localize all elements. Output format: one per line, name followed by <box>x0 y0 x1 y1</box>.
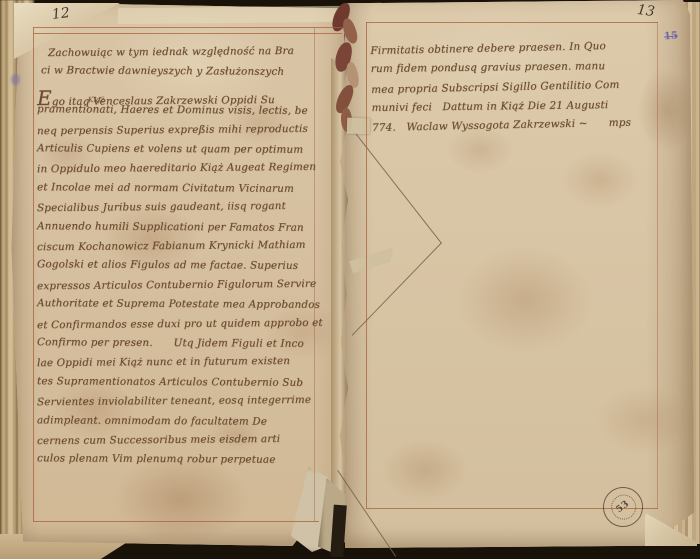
interlinear-insertion: Kiąż <box>88 95 105 105</box>
manuscript-line: Zachowuiąc w tym iednak względność na Br… <box>37 45 294 59</box>
left-page-text: Zachowuiąc w tym iednak względność na Br… <box>37 0 333 559</box>
manuscript-line: lae Oppidi mei Kiąż nunc et in futurum e… <box>37 355 290 369</box>
manuscript-line: adimpleant. omnimodam do facultatem De <box>37 414 267 427</box>
manuscript-line: Servientes inviolabiliter teneant, eosq … <box>37 394 311 408</box>
manuscript-line: rum fidem pondusq gravius praesen. manu <box>371 60 606 75</box>
manuscript-scan: Zachowuiąc w tym iednak względność na Br… <box>0 0 700 559</box>
manuscript-line: tes Supramentionatos Articulos Contubern… <box>37 375 303 389</box>
right-page-text: Firmitatis obtinere debere praesen. In Q… <box>369 0 660 163</box>
manuscript-line: Confirmo per presen. Utq Jidem Figuli et… <box>37 336 304 350</box>
manuscript-line: Annuendo humili Supplicationi per Famato… <box>37 220 304 234</box>
pencil-annotation: 15 <box>664 31 679 43</box>
manuscript-line: et Confirmandos esse duxi pro ut quidem … <box>37 316 323 330</box>
manuscript-line: Gogolski et alios Figulos ad me factae. … <box>37 259 298 273</box>
manuscript-line: mea propria Subscripsi Sigillo Gentiliti… <box>371 78 620 95</box>
manuscript-line: 774. Waclaw Wyssogota Zakrzewski ~ mps <box>372 117 631 134</box>
manuscript-line: neq perpensis Superius expreßis mihi rep… <box>37 122 308 136</box>
manuscript-line: Authoritate et Suprema Potestate mea App… <box>37 297 320 311</box>
manuscript-line: munivi feci Dattum in Kiąż Die 21 August… <box>371 99 608 114</box>
ink-smudge <box>11 74 20 85</box>
margin-line-right-left <box>366 22 367 509</box>
page-number-right: 13 <box>636 2 656 20</box>
manuscript-line: pramentionati, Haeres et Dominus visis, … <box>37 103 308 117</box>
margin-line-left-left <box>33 27 34 522</box>
page-number-left: 12 <box>51 5 71 23</box>
manuscript-line: cernens cum Successoribus meis eisdem ar… <box>37 433 280 447</box>
manuscript-line: culos plenam Vim plenumq robur perpetuae <box>37 453 276 466</box>
manuscript-line: Specialibus Juribus suis gaudeant, iisq … <box>37 200 286 214</box>
manuscript-line: ciscum Kochanowicz Fabianum Krynicki Mat… <box>37 239 306 253</box>
archive-stamp-number: 53 <box>615 499 632 515</box>
manuscript-line: Firmitatis obtinere debere praesen. In Q… <box>370 40 606 57</box>
manuscript-line: ci w Bractwie dawnieyszych y Zasłużonszy… <box>37 65 284 79</box>
manuscript-line: Articulis Cupiens et volens ut quam per … <box>37 142 303 156</box>
archive-stamp-inner-ring: 53 <box>605 489 640 524</box>
manuscript-line: in Oppidulo meo haereditario Kiąż Augeat… <box>37 161 316 175</box>
manuscript-line: et Incolae mei ad normam Civitatum Vicin… <box>37 181 294 195</box>
manuscript-line: expressos Articulos Contubernio Figuloru… <box>37 278 316 292</box>
